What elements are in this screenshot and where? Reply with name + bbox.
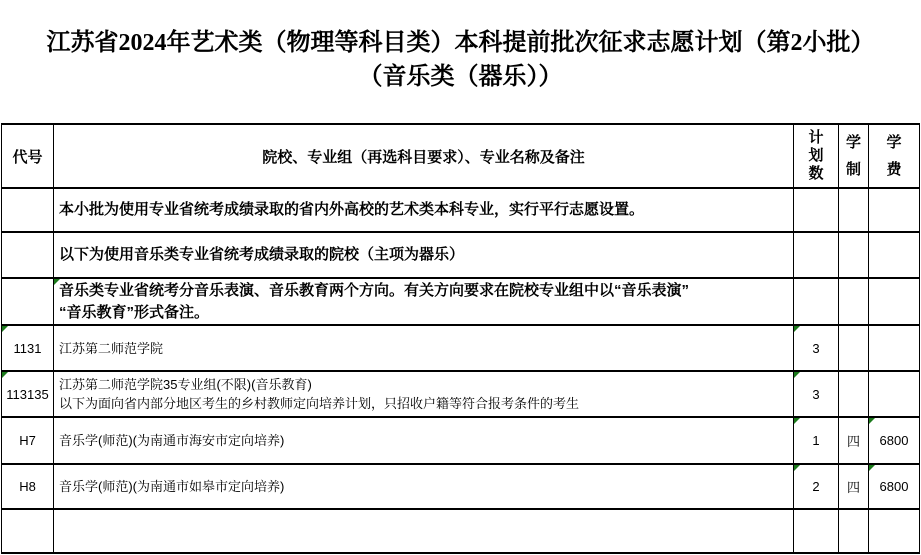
cell-school: 江苏第二师范学院 (54, 325, 794, 371)
cell-duration: 四 (839, 464, 869, 509)
document-title-line1: 江苏省2024年艺术类（物理等科目类）本科提前批次征求志愿计划（第2小批） (0, 26, 921, 60)
error-indicator-icon (794, 465, 800, 471)
cell-school: 本小批为使用专业省统考成绩录取的省内外高校的艺术类本科专业，实行平行志愿设置。 (54, 188, 794, 232)
header-duration: 学制 (839, 124, 869, 188)
cell-code: 1131 (2, 325, 54, 371)
cell-code (2, 188, 54, 232)
table-row: H8 音乐学(师范)(为南通市如皋市定向培养) 2 四 6800 (2, 464, 920, 509)
cell-code (2, 278, 54, 325)
cell-plan-count: 1 (794, 417, 839, 464)
cell-tuition: 6800 (869, 464, 920, 509)
cell-duration (839, 232, 869, 278)
error-indicator-icon (794, 418, 800, 424)
error-indicator-icon (794, 326, 800, 332)
cell-school: 江苏第二师范学院35专业组(不限)(音乐教育) 以下为面向省内部分地区考生的乡村… (54, 371, 794, 417)
table-header-row: 代号 院校、专业组（再选科目要求）、专业名称及备注 计划数 学制 学费 (2, 124, 920, 188)
error-indicator-icon (869, 418, 875, 424)
cell-school: 音乐类专业省统考分音乐表演、音乐教育两个方向。有关方向要求在院校专业组中以“音乐… (54, 278, 794, 325)
error-indicator-icon (869, 465, 875, 471)
cell-duration (839, 188, 869, 232)
cell-plan-count (794, 232, 839, 278)
error-indicator-icon (2, 326, 8, 332)
table-row: 本小批为使用专业省统考成绩录取的省内外高校的艺术类本科专业，实行平行志愿设置。 (2, 188, 920, 232)
cell-tuition: 6800 (869, 417, 920, 464)
document-title-line2: （音乐类（器乐）） (0, 60, 921, 94)
cell-plan-count: 3 (794, 371, 839, 417)
cell-plan-count (794, 188, 839, 232)
cell-code: H7 (2, 417, 54, 464)
error-indicator-icon (54, 279, 60, 285)
table-row: 1131 江苏第二师范学院 3 (2, 325, 920, 371)
cell-code (2, 509, 54, 553)
cell-plan-count (794, 509, 839, 553)
cell-duration (839, 371, 869, 417)
header-tuition: 学费 (869, 124, 920, 188)
cell-tuition (869, 188, 920, 232)
cell-plan-count: 3 (794, 325, 839, 371)
cell-code: H8 (2, 464, 54, 509)
header-code: 代号 (2, 124, 54, 188)
table-row: 113135 江苏第二师范学院35专业组(不限)(音乐教育) 以下为面向省内部分… (2, 371, 920, 417)
document-title: 江苏省2024年艺术类（物理等科目类）本科提前批次征求志愿计划（第2小批） （音… (0, 26, 921, 94)
header-plan-count: 计划数 (794, 124, 839, 188)
cell-school (54, 509, 794, 553)
cell-plan-count (794, 278, 839, 325)
header-school: 院校、专业组（再选科目要求）、专业名称及备注 (54, 124, 794, 188)
table-row (2, 509, 920, 553)
table-row: 以下为使用音乐类专业省统考成绩录取的院校（主项为器乐） (2, 232, 920, 278)
admission-plan-table: 代号 院校、专业组（再选科目要求）、专业名称及备注 计划数 学制 学费 本小批为… (1, 123, 920, 554)
cell-duration (839, 278, 869, 325)
cell-duration (839, 509, 869, 553)
cell-tuition (869, 371, 920, 417)
cell-school: 音乐学(师范)(为南通市如皋市定向培养) (54, 464, 794, 509)
table-row: H7 音乐学(师范)(为南通市海安市定向培养) 1 四 6800 (2, 417, 920, 464)
cell-tuition (869, 509, 920, 553)
error-indicator-icon (2, 372, 8, 378)
cell-code (2, 232, 54, 278)
cell-duration (839, 325, 869, 371)
table-row: 音乐类专业省统考分音乐表演、音乐教育两个方向。有关方向要求在院校专业组中以“音乐… (2, 278, 920, 325)
cell-school: 以下为使用音乐类专业省统考成绩录取的院校（主项为器乐） (54, 232, 794, 278)
cell-plan-count: 2 (794, 464, 839, 509)
cell-duration: 四 (839, 417, 869, 464)
cell-code: 113135 (2, 371, 54, 417)
cell-tuition (869, 278, 920, 325)
cell-school: 音乐学(师范)(为南通市海安市定向培养) (54, 417, 794, 464)
error-indicator-icon (794, 372, 800, 378)
cell-tuition (869, 325, 920, 371)
cell-tuition (869, 232, 920, 278)
